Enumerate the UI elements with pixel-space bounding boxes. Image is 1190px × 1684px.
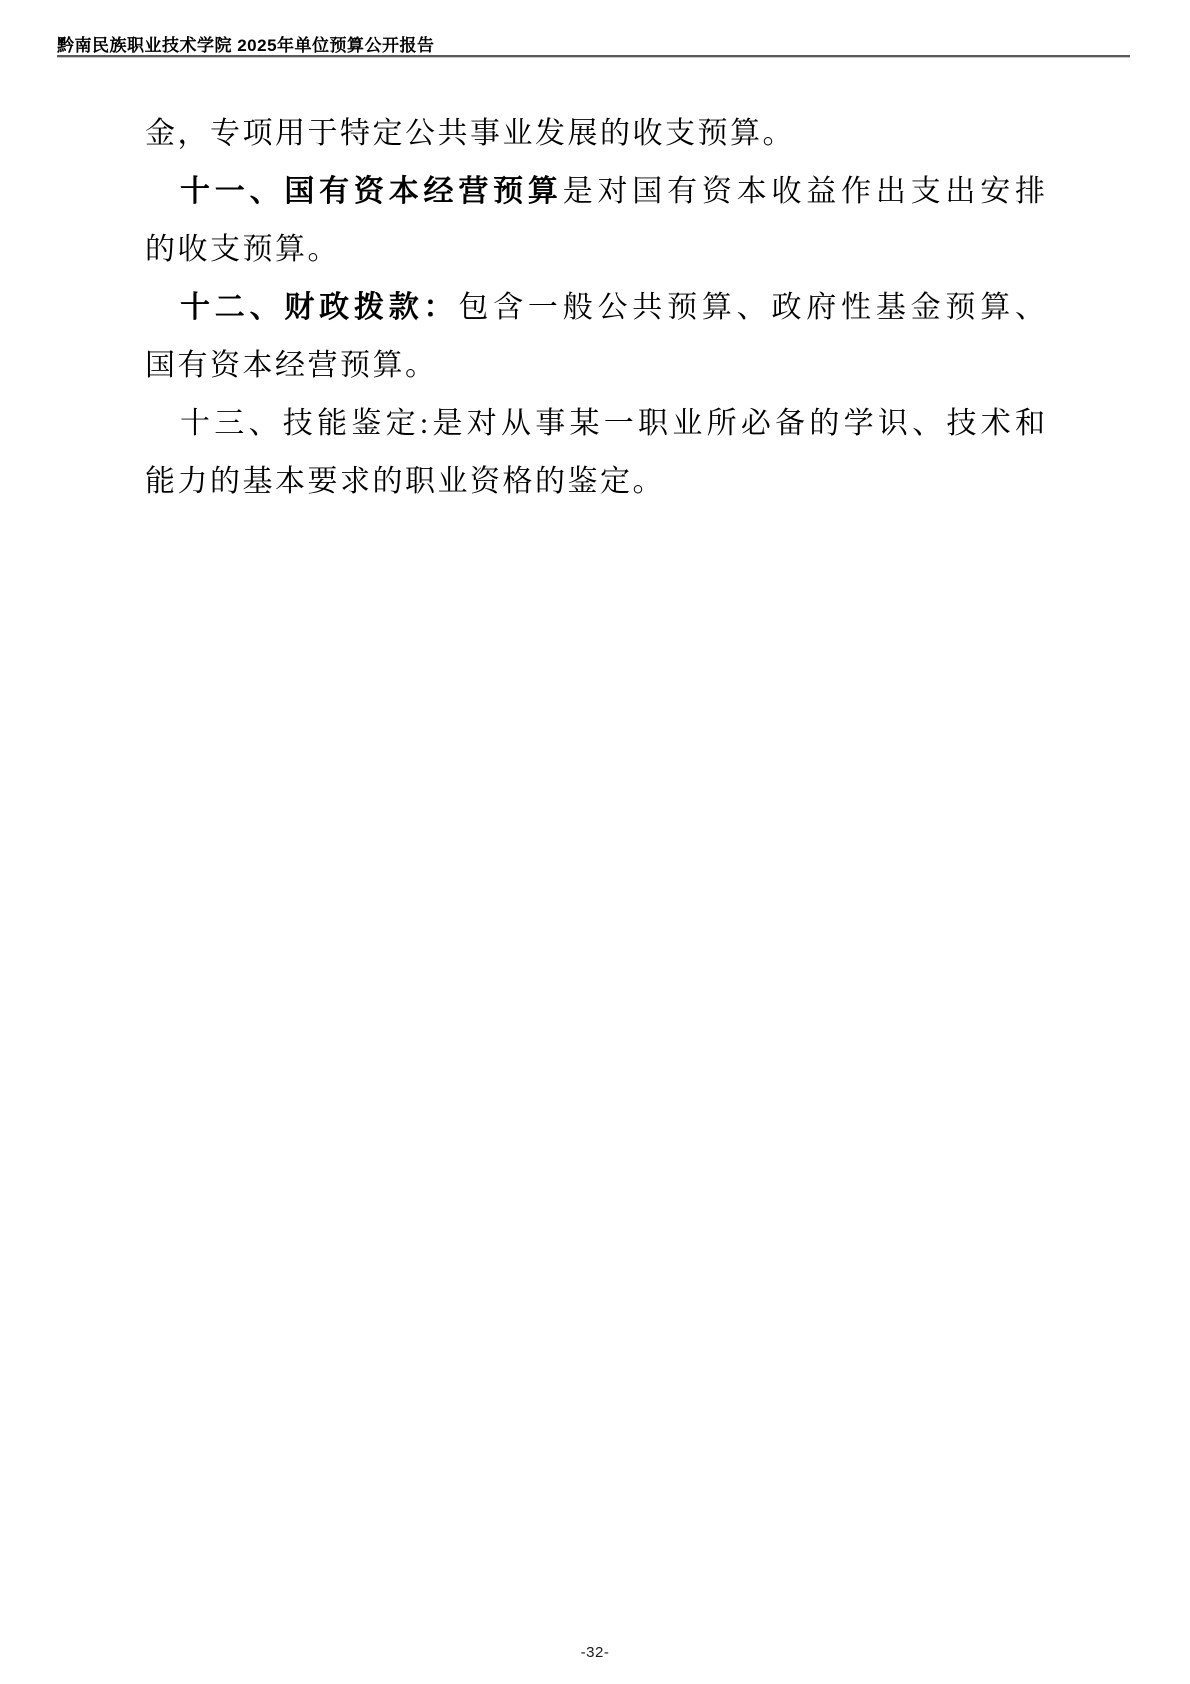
page-header-title: 黔南民族职业技术学院 2025年单位预算公开报告 xyxy=(57,31,435,56)
text-run: 能力的基本要求的职业资格的鉴定。 xyxy=(145,465,665,498)
body-line: 能力的基本要求的职业资格的鉴定。 xyxy=(145,453,1045,511)
text-run: 十一、国有资本经营预算 xyxy=(180,175,563,208)
text-run: 国有资本经营预算。 xyxy=(145,349,438,382)
text-run: 金，专项用于特定公共事业发展的收支预算。 xyxy=(145,117,795,150)
text-run: 十三、技能鉴定:是对从事某一职业所必备的学识、技术和 xyxy=(180,407,1045,440)
text-run: 十二、财政拨款： xyxy=(180,291,458,324)
body-line: 十二、财政拨款：包含一般公共预算、政府性基金预算、 xyxy=(145,279,1045,337)
document-body: 金，专项用于特定公共事业发展的收支预算。十一、国有资本经营预算是对国有资本收益作… xyxy=(145,105,1045,511)
body-line: 金，专项用于特定公共事业发展的收支预算。 xyxy=(145,105,1045,163)
header-rule xyxy=(57,55,1130,59)
text-run: 是对国有资本收益作出支出安排 xyxy=(563,175,1045,208)
page-number: -32- xyxy=(0,1644,1190,1661)
text-run: 的收支预算。 xyxy=(145,233,340,266)
text-run: 包含一般公共预算、政府性基金预算、 xyxy=(458,291,1045,324)
body-line: 国有资本经营预算。 xyxy=(145,337,1045,395)
body-line: 的收支预算。 xyxy=(145,221,1045,279)
document-page: 黔南民族职业技术学院 2025年单位预算公开报告 金，专项用于特定公共事业发展的… xyxy=(0,0,1190,1684)
body-line: 十一、国有资本经营预算是对国有资本收益作出支出安排 xyxy=(145,163,1045,221)
body-line: 十三、技能鉴定:是对从事某一职业所必备的学识、技术和 xyxy=(145,395,1045,453)
